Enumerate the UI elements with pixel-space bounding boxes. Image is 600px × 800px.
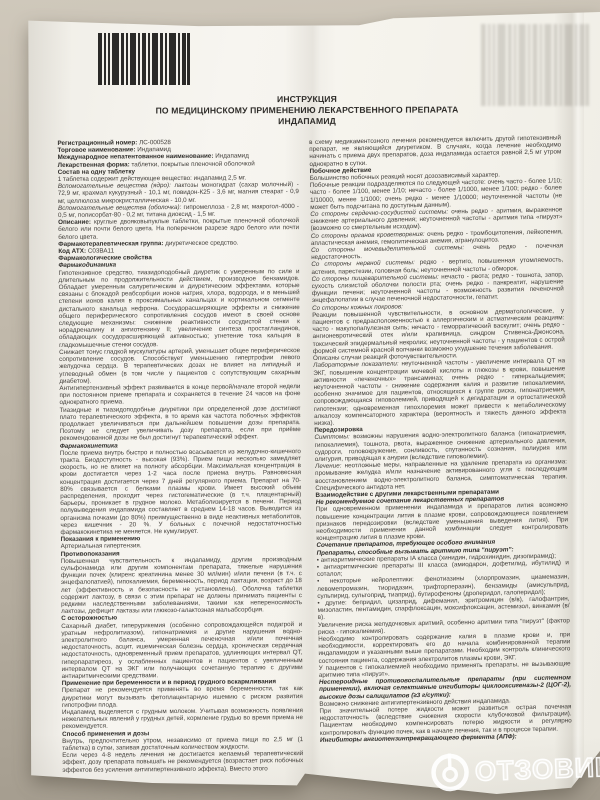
paragraph: Реакции повышенной чувствительности, в о… (312, 307, 565, 355)
paragraph: Симптомы: возможны нарушения водно-элект… (314, 430, 566, 463)
paragraph: Тиазидные и тиазидоподобные диуретики пр… (60, 405, 301, 443)
paragraph: Если через 4-8 недель лечения не достига… (62, 750, 303, 774)
paragraph: После приема внутрь быстро и полностью в… (60, 448, 302, 536)
watermark-text: ОТЗОВИК (474, 751, 600, 787)
paragraph: Необходимо контролировать содержание кал… (318, 631, 570, 664)
paragraph: в схему медикаментозного лечения рекомен… (309, 134, 561, 167)
paragraph: Снижает тонус гладкой мускулатуры артери… (59, 347, 300, 385)
leaflet-paper: ИНСТРУКЦИЯПО МЕДИЦИНСКОМУ ПРИМЕНЕНИЮ ЛЕК… (26, 12, 600, 794)
paragraph: Препарат не рекомендуется применять во в… (62, 685, 303, 709)
otzovik-logo-icon (429, 752, 470, 793)
barcode-icon (98, 33, 190, 85)
paragraph: Лечение: неотложные меры, направленные н… (315, 458, 567, 491)
paragraph: Повышенная чувствительность к индапамиду… (61, 556, 302, 616)
paragraph: Гипотензивное средство, тиазидоподобный … (58, 268, 300, 349)
paragraph: Со стороны пищеварительной системы: неча… (312, 271, 564, 304)
leaflet-title: ИНСТРУКЦИЯПО МЕДИЦИНСКОМУ ПРИМЕНЕНИЮ ЛЕК… (26, 93, 588, 128)
left-column: Регистрационный номер: ЛС-000528Торговое… (57, 138, 303, 792)
paragraph: Антигипертензивный эффект развивается в … (59, 383, 300, 407)
paragraph: Индапамид выделяется с грудным молоком. … (62, 707, 303, 731)
paragraph: Побочные реакции подразделяются по следу… (310, 178, 562, 211)
leaflet-paper-wrap: ИНСТРУКЦИЯПО МЕДИЦИНСКОМУ ПРИМЕНЕНИЮ ЛЕК… (0, 0, 600, 800)
paragraph: При одновременном применении индапамида … (316, 502, 569, 543)
paragraph: Сахарный диабет, гиперурикемия (особенно… (61, 621, 302, 681)
paragraph: Лабораторные показатели: неуточненной ча… (313, 358, 566, 427)
watermark: ОТЗОВИК (429, 747, 600, 793)
paragraph: При значительной потере жидкости может р… (319, 703, 571, 736)
paragraph: Вспомогательные вещества (ядро): лактозы… (58, 181, 299, 205)
paragraph: Описание: круглые двояковыпуклые таблетк… (58, 217, 299, 241)
right-column: в схему медикаментозного лечения рекомен… (309, 134, 573, 791)
photo-background: ИНСТРУКЦИЯПО МЕДИЦИНСКОМУ ПРИМЕНЕНИЮ ЛЕК… (0, 0, 600, 800)
